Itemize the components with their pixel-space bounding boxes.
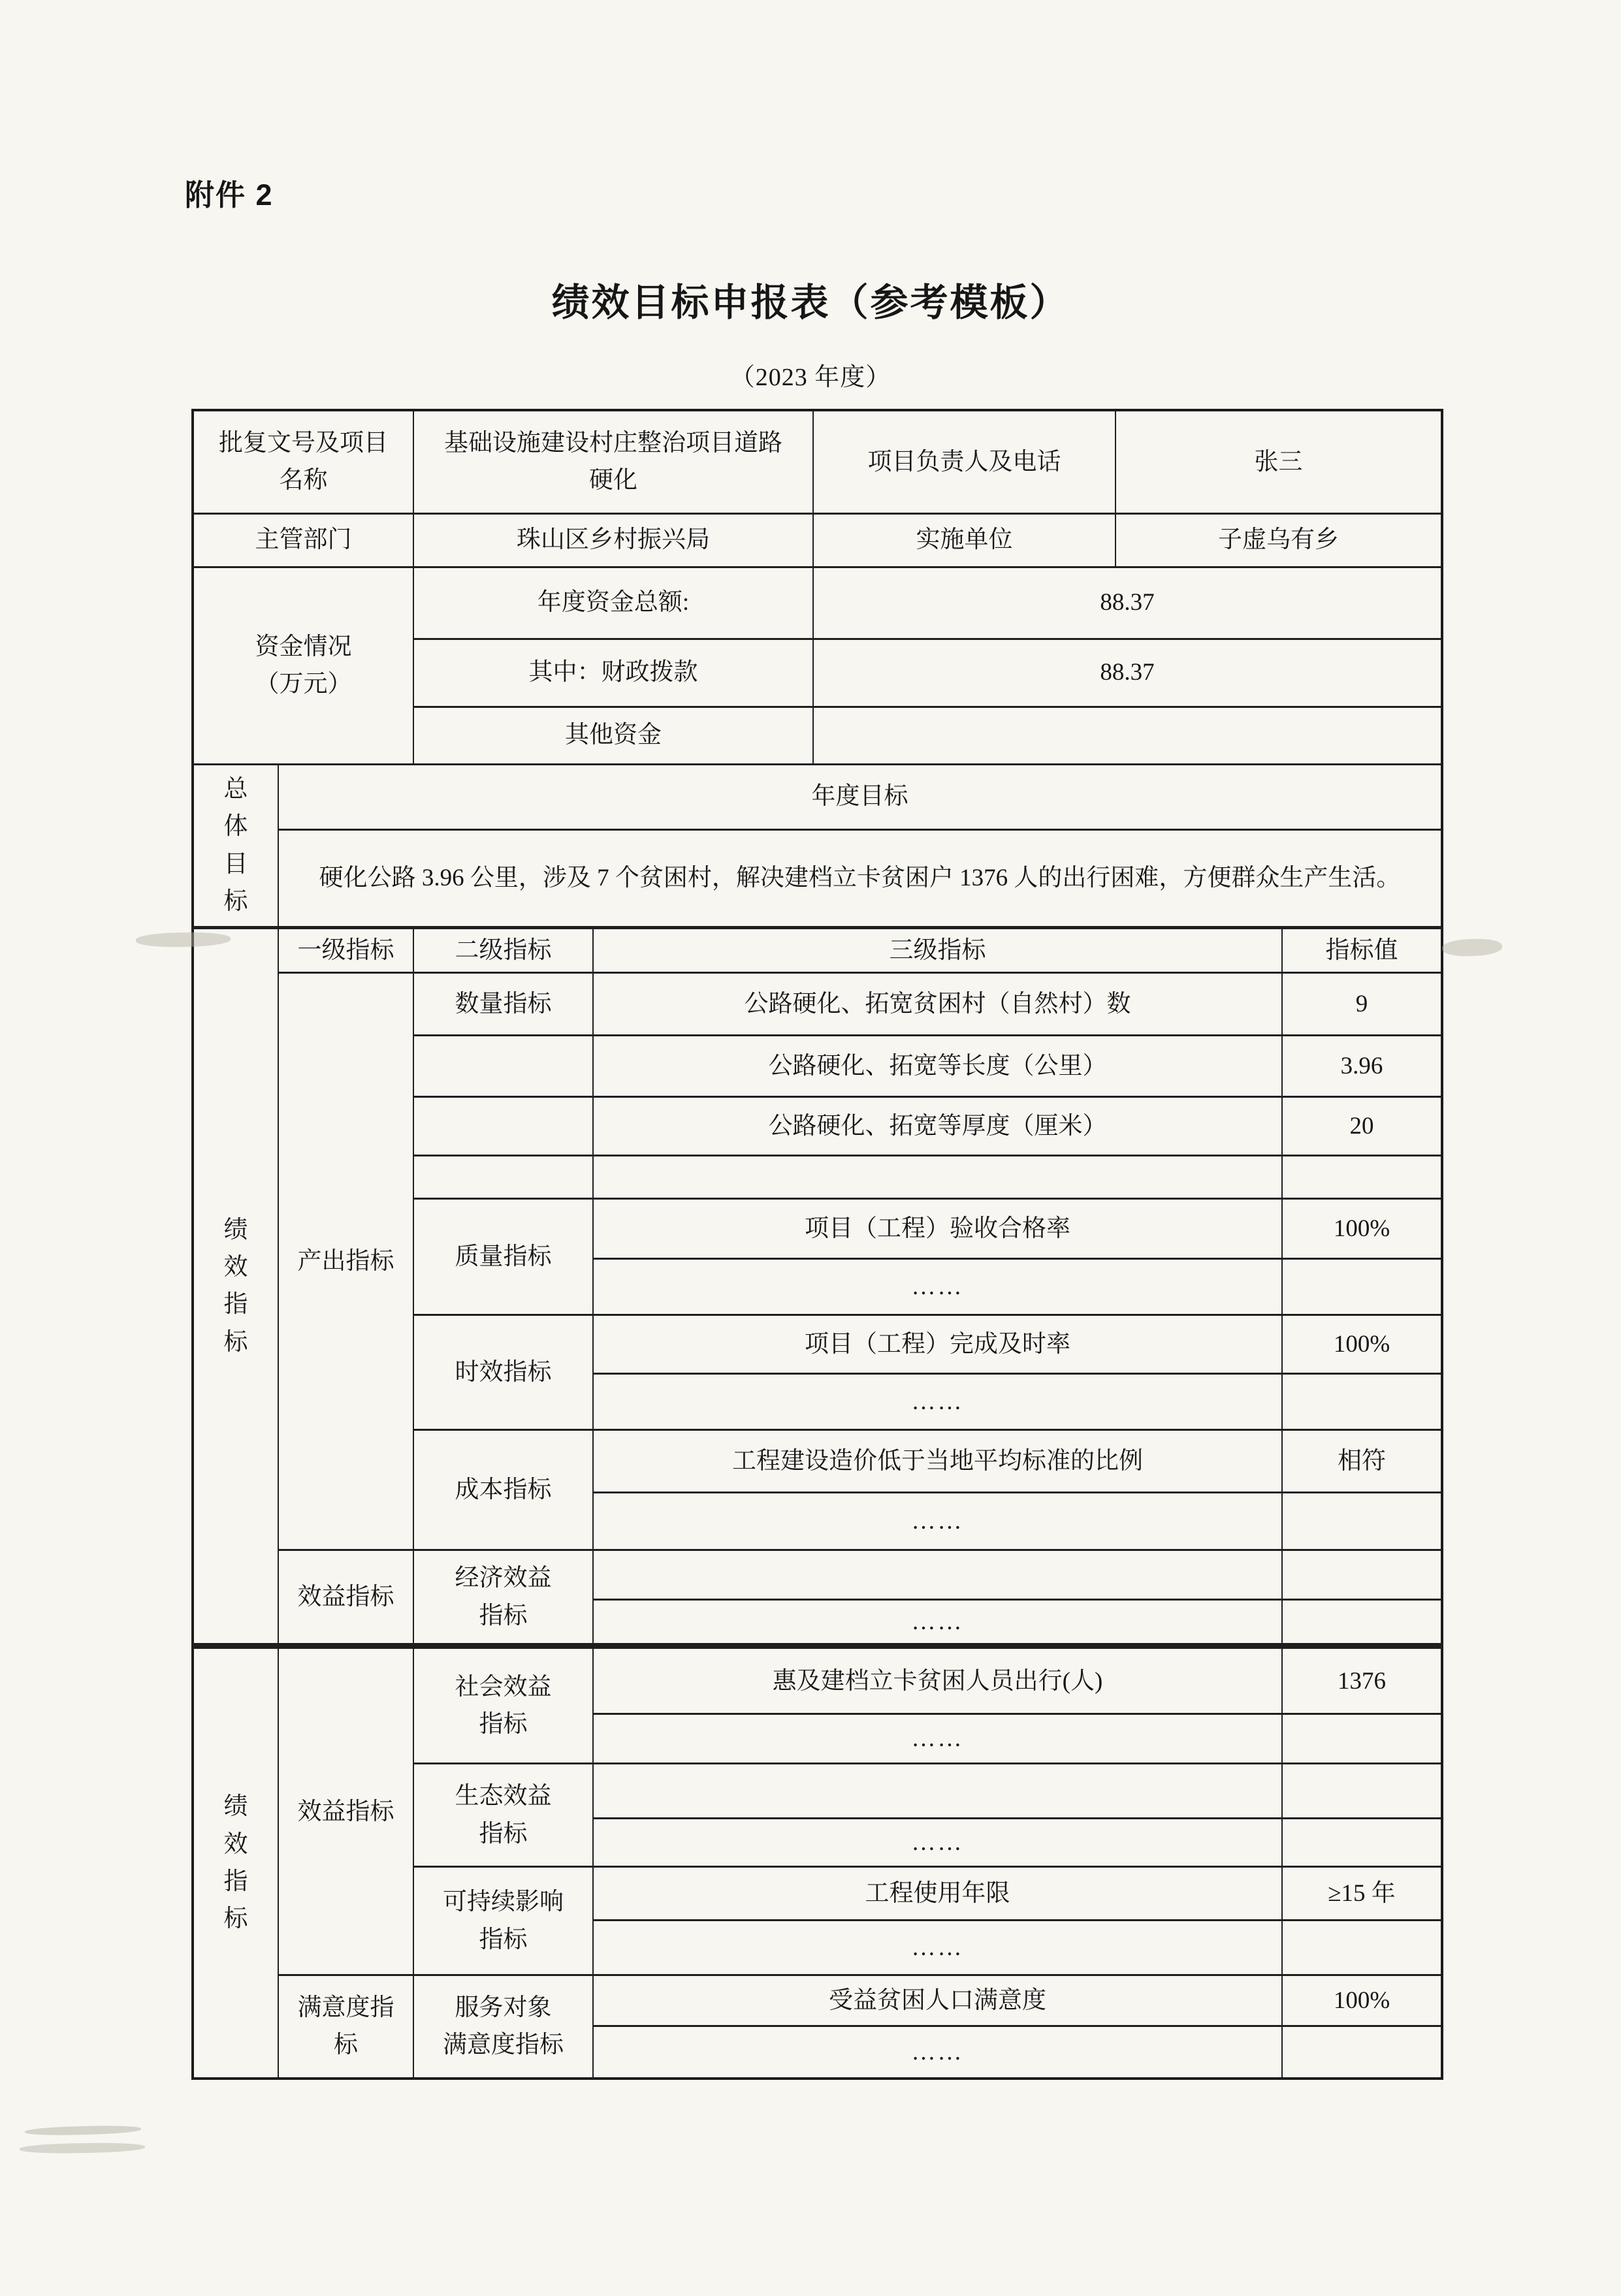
cell-level2-empty [413, 1155, 593, 1198]
scan-artifact [20, 2142, 145, 2154]
cell-level2-quantity: 数量指标 [413, 972, 593, 1035]
cell-level3-dots: …… [593, 1373, 1282, 1429]
cell-level3-empty [593, 1550, 1282, 1599]
cell-level2-service-satisfaction: 服务对象 满意度指标 [413, 1975, 593, 2079]
cell-annual-goal-text: 硬化公路 3.96 公里，涉及 7 个贫困村，解决建档立卡贫困户 1376 人的… [278, 829, 1442, 927]
cell-approval-label: 批复文号及项目 名称 [193, 410, 413, 513]
cell-value: 100% [1282, 1315, 1442, 1373]
cell-level2-empty [413, 1035, 593, 1096]
cell-funding-label: 资金情况 （万元） [193, 567, 413, 764]
cell-level3-dots: …… [593, 1258, 1282, 1315]
cell-level2-sustainability: 可持续影响 指标 [413, 1867, 593, 1975]
cell-level3: 受益贫困人口满意度 [593, 1975, 1282, 2026]
cell-value-empty [1282, 1550, 1442, 1599]
cell-level2-timeliness: 时效指标 [413, 1315, 593, 1429]
cell-value-empty [1282, 1714, 1442, 1764]
cell-value: ≥15 年 [1282, 1867, 1442, 1921]
cell-manager-label: 项目负责人及电话 [813, 410, 1115, 513]
cell-level2-cost: 成本指标 [413, 1429, 593, 1550]
cell-level2-empty [413, 1096, 593, 1155]
cell-value-empty [1282, 1373, 1442, 1429]
cell-level3-dots: …… [593, 1599, 1282, 1646]
table-row: 产出指标 数量指标 公路硬化、拓宽贫困村（自然村）数 9 [193, 972, 1442, 1035]
attachment-label: 附件 2 [185, 171, 274, 214]
cell-level3-dots: …… [593, 2026, 1282, 2079]
cell-header-value: 指标值 [1282, 927, 1442, 972]
table-row: 资金情况 （万元） 年度资金总额: 88.37 [193, 567, 1442, 639]
cell-level2-social: 社会效益 指标 [413, 1646, 593, 1764]
cell-level1-benefit-2: 效益指标 [278, 1646, 413, 1975]
cell-level2-quality: 质量指标 [413, 1198, 593, 1315]
cell-value: 1376 [1282, 1646, 1442, 1714]
cell-level3-empty [593, 1155, 1282, 1198]
cell-level2-economic: 经济效益 指标 [413, 1550, 593, 1646]
cell-funding-total-value: 88.37 [813, 567, 1442, 639]
cell-value-empty [1282, 2026, 1442, 2079]
cell-value: 100% [1282, 1198, 1442, 1258]
cell-header-level3: 三级指标 [593, 927, 1282, 972]
cell-value: 20 [1282, 1096, 1442, 1155]
cell-value: 3.96 [1282, 1035, 1442, 1096]
table-row: 总 体 目 标 年度目标 [193, 764, 1442, 829]
cell-header-level1: 一级指标 [278, 927, 413, 972]
table-row: 批复文号及项目 名称 基础设施建设村庄整治项目道路 硬化 项目负责人及电话 张三 [193, 410, 1442, 513]
cell-funding-fiscal-label: 其中：财政拨款 [413, 639, 813, 707]
table-row: 绩 效 指 标 效益指标 社会效益 指标 惠及建档立卡贫困人员出行(人) 137… [193, 1646, 1442, 1714]
table-row: 主管部门 珠山区乡村振兴局 实施单位 子虚乌有乡 [193, 513, 1442, 567]
cell-level3-dots: …… [593, 1921, 1282, 1975]
cell-funding-other-value [813, 707, 1442, 764]
cell-level1-benefit: 效益指标 [278, 1550, 413, 1646]
cell-level3: 工程使用年限 [593, 1867, 1282, 1921]
cell-level3-dots: …… [593, 1819, 1282, 1867]
table-row: 绩 效 指 标 一级指标 二级指标 三级指标 指标值 [193, 927, 1442, 972]
cell-value-empty [1282, 1492, 1442, 1550]
performance-target-table: 批复文号及项目 名称 基础设施建设村庄整治项目道路 硬化 项目负责人及电话 张三… [191, 409, 1443, 2080]
cell-level3: 项目（工程）完成及时率 [593, 1315, 1282, 1373]
cell-funding-total-label: 年度资金总额: [413, 567, 813, 639]
scan-artifact [25, 2125, 141, 2137]
scan-artifact [1442, 938, 1503, 957]
cell-performance-side-label-1: 绩 效 指 标 [193, 927, 278, 1646]
cell-level3: 工程建设造价低于当地平均标准的比例 [593, 1429, 1282, 1492]
cell-header-level2: 二级指标 [413, 927, 593, 972]
cell-value-empty [1282, 1921, 1442, 1975]
cell-funding-fiscal-value: 88.37 [813, 639, 1442, 707]
cell-level1-satisfaction: 满意度指 标 [278, 1975, 413, 2079]
cell-level3: 公路硬化、拓宽等厚度（厘米） [593, 1096, 1282, 1155]
cell-value-empty [1282, 1155, 1442, 1198]
table-row: 满意度指 标 服务对象 满意度指标 受益贫困人口满意度 100% [193, 1975, 1442, 2026]
cell-level3: 惠及建档立卡贫困人员出行(人) [593, 1646, 1282, 1714]
cell-overall-goal-side-label: 总 体 目 标 [193, 764, 278, 927]
scanned-document-page: 附件 2 绩效目标申报表（参考模板） （2023 年度） 批复文号及项目 名称 … [0, 0, 1621, 2296]
cell-level1-output: 产出指标 [278, 972, 413, 1550]
cell-impl-value: 子虚乌有乡 [1115, 513, 1442, 567]
cell-level2-ecological: 生态效益 指标 [413, 1764, 593, 1867]
cell-level3-dots: …… [593, 1714, 1282, 1764]
cell-value-empty [1282, 1258, 1442, 1315]
cell-impl-label: 实施单位 [813, 513, 1115, 567]
cell-level3: 项目（工程）验收合格率 [593, 1198, 1282, 1258]
cell-manager-value: 张三 [1115, 410, 1442, 513]
cell-funding-other-label: 其他资金 [413, 707, 813, 764]
cell-level3-empty [593, 1764, 1282, 1819]
page-subtitle: （2023 年度） [0, 357, 1621, 392]
table-row: 硬化公路 3.96 公里，涉及 7 个贫困村，解决建档立卡贫困户 1376 人的… [193, 829, 1442, 927]
cell-value: 相符 [1282, 1429, 1442, 1492]
cell-value-empty [1282, 1599, 1442, 1646]
cell-value-empty [1282, 1764, 1442, 1819]
cell-dept-value: 珠山区乡村振兴局 [413, 513, 813, 567]
cell-level3: 公路硬化、拓宽等长度（公里） [593, 1035, 1282, 1096]
cell-dept-label: 主管部门 [193, 513, 413, 567]
cell-level3: 公路硬化、拓宽贫困村（自然村）数 [593, 972, 1282, 1035]
cell-level3-dots: …… [593, 1492, 1282, 1550]
cell-project-name: 基础设施建设村庄整治项目道路 硬化 [413, 410, 813, 513]
cell-value-empty [1282, 1819, 1442, 1867]
cell-value: 9 [1282, 972, 1442, 1035]
cell-performance-side-label-2: 绩 效 指 标 [193, 1646, 278, 2079]
table-row: 效益指标 经济效益 指标 [193, 1550, 1442, 1599]
cell-annual-goal-header: 年度目标 [278, 764, 1442, 829]
cell-value: 100% [1282, 1975, 1442, 2026]
page-title: 绩效目标申报表（参考模板） [0, 272, 1621, 327]
